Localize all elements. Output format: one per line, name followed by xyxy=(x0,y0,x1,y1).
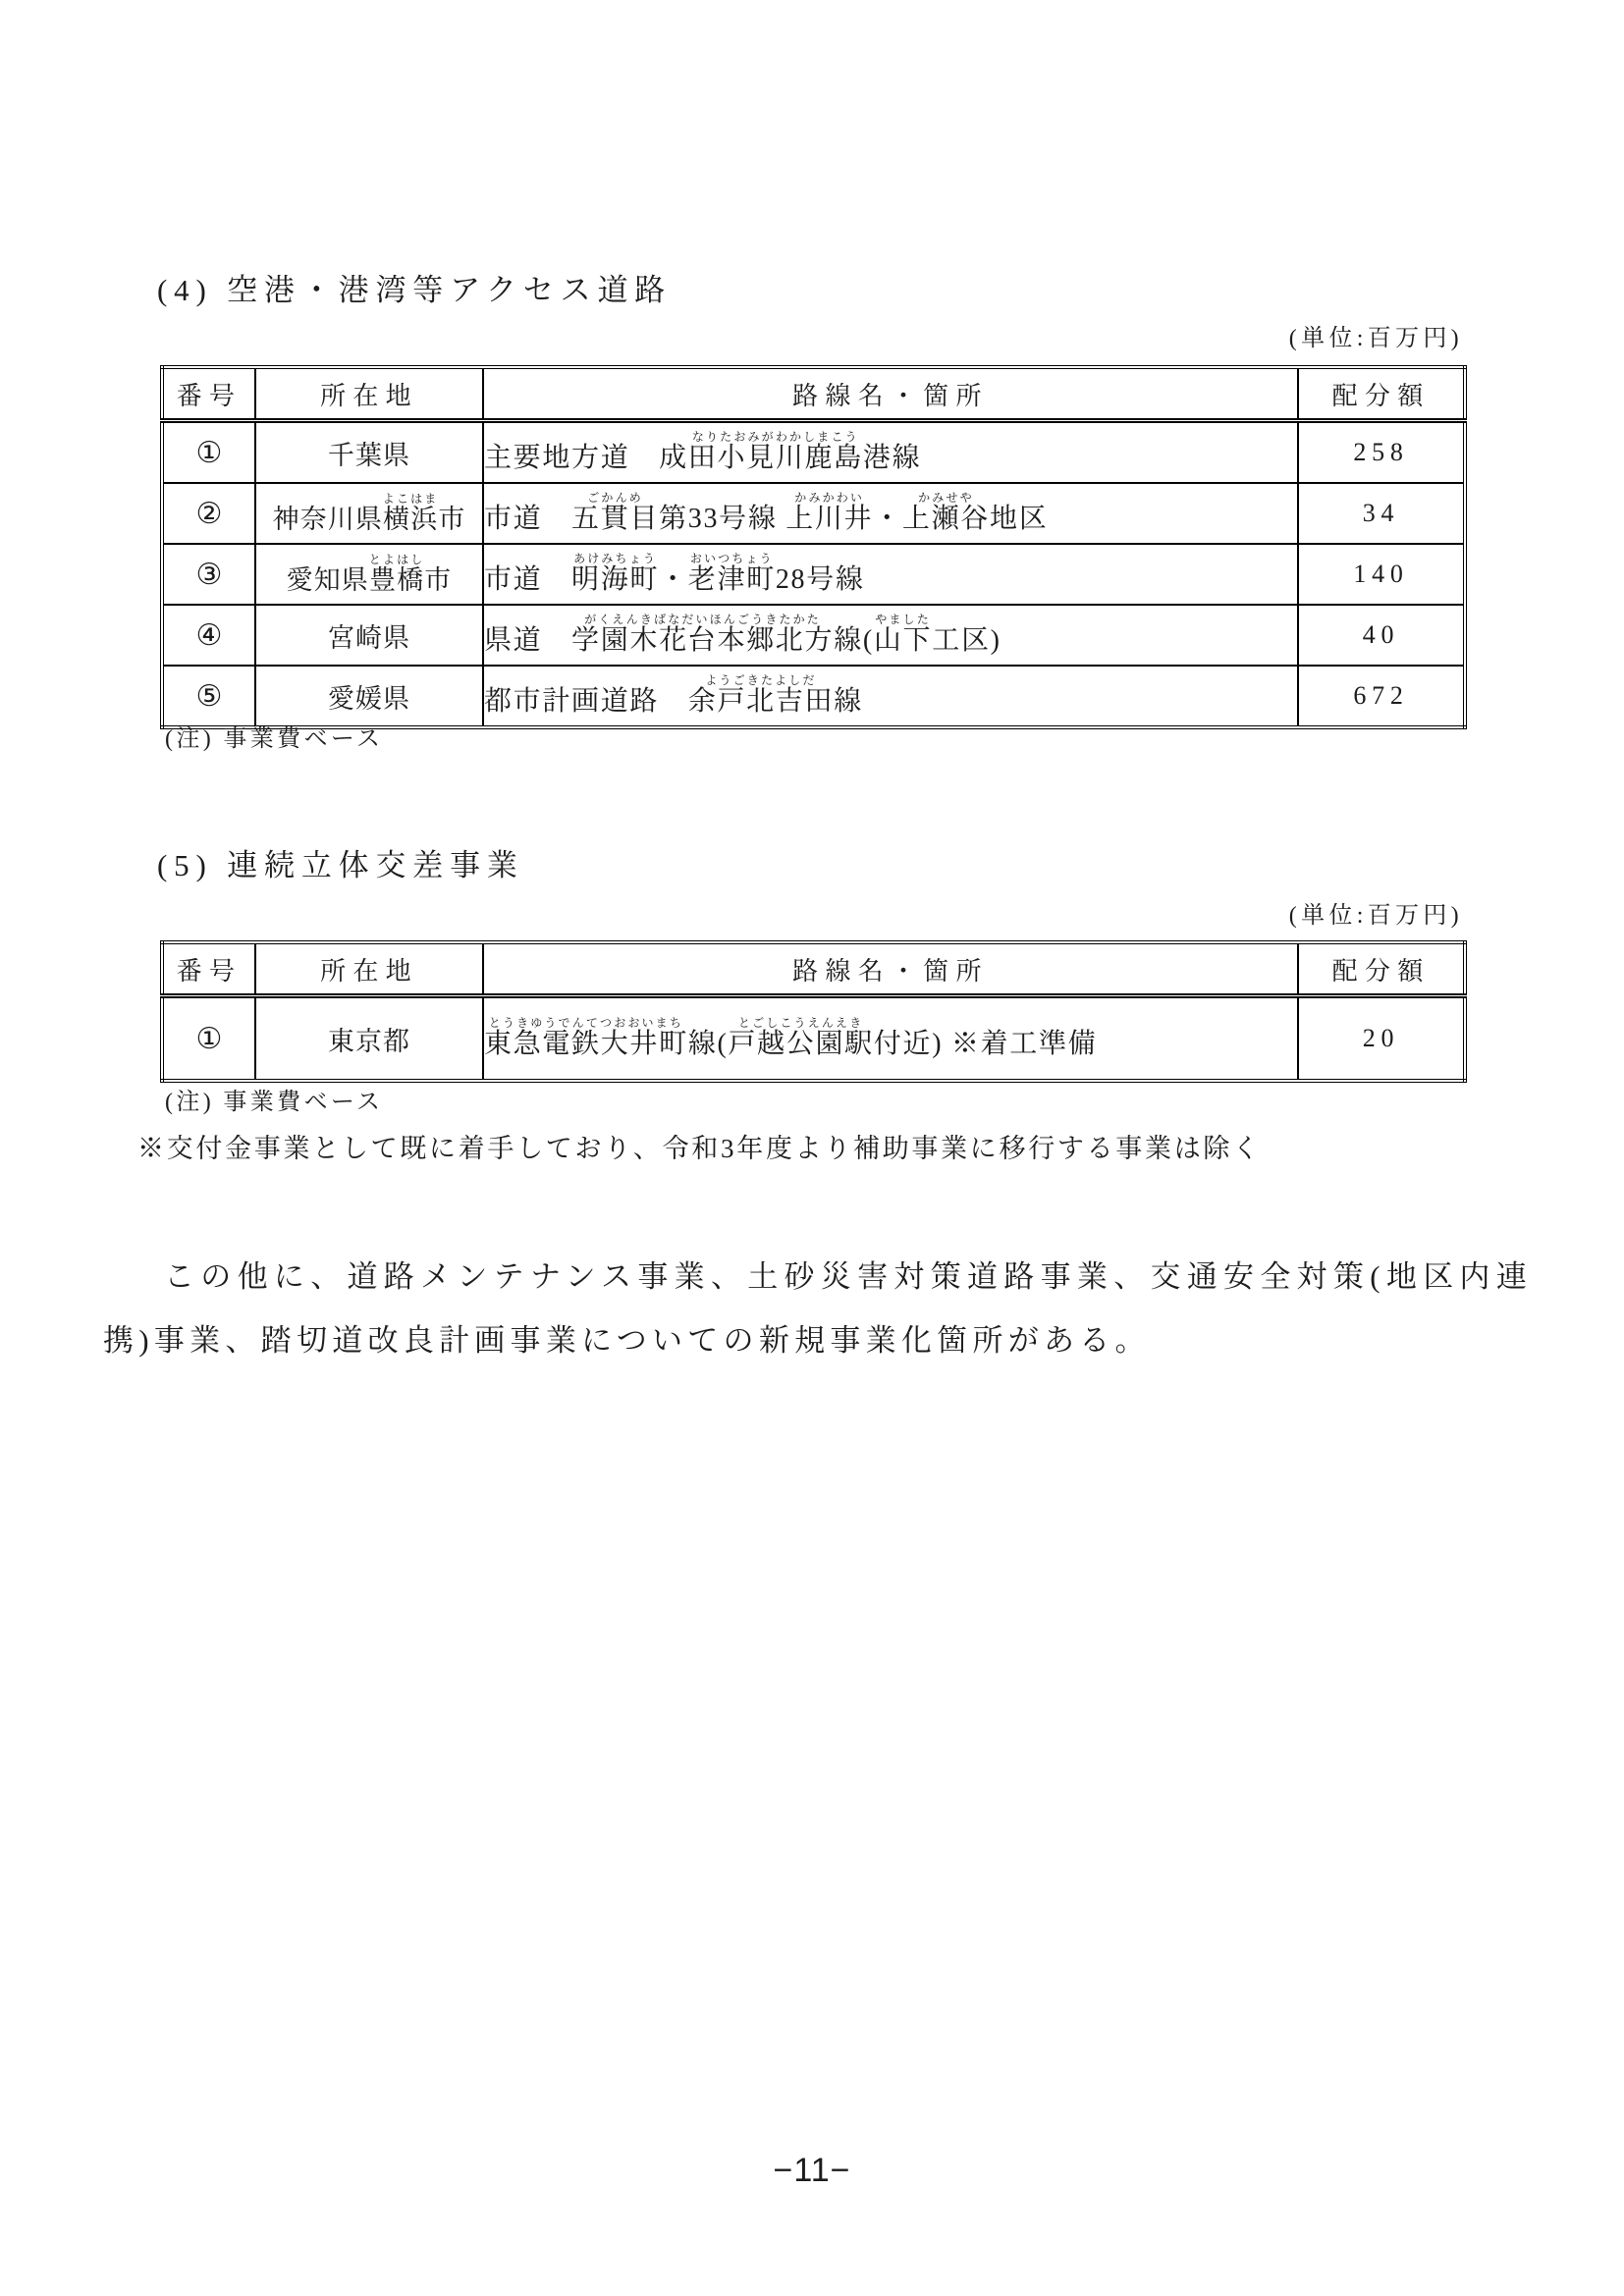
furigana-text: 余戸北吉田ようごきたよしだ xyxy=(688,686,834,717)
header-location: 所在地 xyxy=(255,367,483,421)
amount-cell: 672 xyxy=(1298,666,1465,727)
furigana-text: 明海町あけみちょう xyxy=(571,564,659,595)
header-route: 路線名・箇所 xyxy=(483,367,1298,421)
row-number-cell: ② xyxy=(162,483,255,544)
section5-note: (注) 事業費ベース xyxy=(165,1082,383,1116)
furigana-text: 上川井かみかわい xyxy=(785,504,873,534)
section4-note: (注) 事業費ベース xyxy=(165,719,383,753)
furigana-text: 戸越公園駅とごしこうえんえき xyxy=(728,1029,873,1059)
amount-cell: 258 xyxy=(1298,421,1465,484)
table-header-row: 番号 所在地 路線名・箇所 配分額 xyxy=(162,367,1465,421)
location-cell: 千葉県 xyxy=(255,421,483,484)
header-number: 番号 xyxy=(162,367,255,421)
furigana-text: 山下やました xyxy=(874,625,932,656)
row-number-cell: ③ xyxy=(162,544,255,605)
section4-heading: (4) 空港・港湾等アクセス道路 xyxy=(157,265,672,309)
amount-cell: 34 xyxy=(1298,483,1465,544)
header-route: 路線名・箇所 xyxy=(483,942,1298,996)
furigana-text: 学園木花台本郷北方がくえんきばなだいほんごうきたかた xyxy=(571,625,834,656)
table-header-row: 番号 所在地 路線名・箇所 配分額 xyxy=(162,942,1465,996)
furigana-text: 老津町おいつちょう xyxy=(688,564,776,595)
section5-heading: (5) 連続立体交差事業 xyxy=(157,840,524,884)
amount-cell: 40 xyxy=(1298,605,1465,666)
grade-separation-table: 番号 所在地 路線名・箇所 配分額 ①東京都東急電鉄大井町とうきゆうでんてつおお… xyxy=(160,940,1467,1083)
table-row: ①千葉県主要地方道 成田小見川鹿島港なりたおみがわかしまこう線258 xyxy=(162,421,1465,484)
section5-unit-label: (単位:百万円) xyxy=(1289,895,1463,930)
route-cell: 東急電鉄大井町とうきゆうでんてつおおいまち線(戸越公園駅とごしこうえんえき付近)… xyxy=(483,996,1298,1082)
closing-paragraph: この他に、道路メンテナンス事業、土砂災害対策道路事業、交通安全対策(地区内連携)… xyxy=(103,1245,1532,1372)
route-cell: 都市計画道路 余戸北吉田ようごきたよしだ線 xyxy=(483,666,1298,727)
table-row: ①東京都東急電鉄大井町とうきゆうでんてつおおいまち線(戸越公園駅とごしこうえんえ… xyxy=(162,996,1465,1082)
furigana-text: 上瀬谷かみせや xyxy=(902,504,990,534)
furigana-text: 五貫目ごかんめ xyxy=(571,504,659,534)
header-location: 所在地 xyxy=(255,942,483,996)
location-cell: 神奈川県横浜よこはま市 xyxy=(255,483,483,544)
route-cell: 市道 明海町あけみちょう・老津町おいつちょう28号線 xyxy=(483,544,1298,605)
location-cell: 愛知県豊橋とよはし市 xyxy=(255,544,483,605)
furigana-text: 横浜よこはま xyxy=(383,505,438,534)
header-amount: 配分額 xyxy=(1298,367,1465,421)
table-row: ②神奈川県横浜よこはま市市道 五貫目ごかんめ第33号線 上川井かみかわい・上瀬谷… xyxy=(162,483,1465,544)
section4-unit-label: (単位:百万円) xyxy=(1289,318,1463,352)
row-number-cell: ④ xyxy=(162,605,255,666)
row-number-cell: ① xyxy=(162,996,255,1082)
row-number-cell: ① xyxy=(162,421,255,484)
furigana-text: 豊橋とよはし xyxy=(369,565,424,595)
location-cell: 宮崎県 xyxy=(255,605,483,666)
document-page: (4) 空港・港湾等アクセス道路 (単位:百万円) 番号 所在地 路線名・箇所 … xyxy=(0,0,1624,2296)
section5-asterisk-note: ※交付金事業として既に着手しており、令和3年度より補助事業に移行する事業は除く xyxy=(137,1127,1262,1165)
route-cell: 主要地方道 成田小見川鹿島港なりたおみがわかしまこう線 xyxy=(483,421,1298,484)
table-row: ③愛知県豊橋とよはし市市道 明海町あけみちょう・老津町おいつちょう28号線140 xyxy=(162,544,1465,605)
furigana-text: 東急電鉄大井町とうきゆうでんてつおおいまち xyxy=(484,1029,688,1059)
access-road-table: 番号 所在地 路線名・箇所 配分額 ①千葉県主要地方道 成田小見川鹿島港なりたお… xyxy=(160,365,1467,729)
amount-cell: 20 xyxy=(1298,996,1465,1082)
route-cell: 市道 五貫目ごかんめ第33号線 上川井かみかわい・上瀬谷かみせや地区 xyxy=(483,483,1298,544)
location-cell: 東京都 xyxy=(255,996,483,1082)
header-amount: 配分額 xyxy=(1298,942,1465,996)
page-number: −11− xyxy=(0,2152,1624,2190)
route-cell: 県道 学園木花台本郷北方がくえんきばなだいほんごうきたかた線(山下やました工区) xyxy=(483,605,1298,666)
header-number: 番号 xyxy=(162,942,255,996)
furigana-text: 成田小見川鹿島港なりたおみがわかしまこう xyxy=(659,443,892,473)
amount-cell: 140 xyxy=(1298,544,1465,605)
table-row: ④宮崎県県道 学園木花台本郷北方がくえんきばなだいほんごうきたかた線(山下やまし… xyxy=(162,605,1465,666)
